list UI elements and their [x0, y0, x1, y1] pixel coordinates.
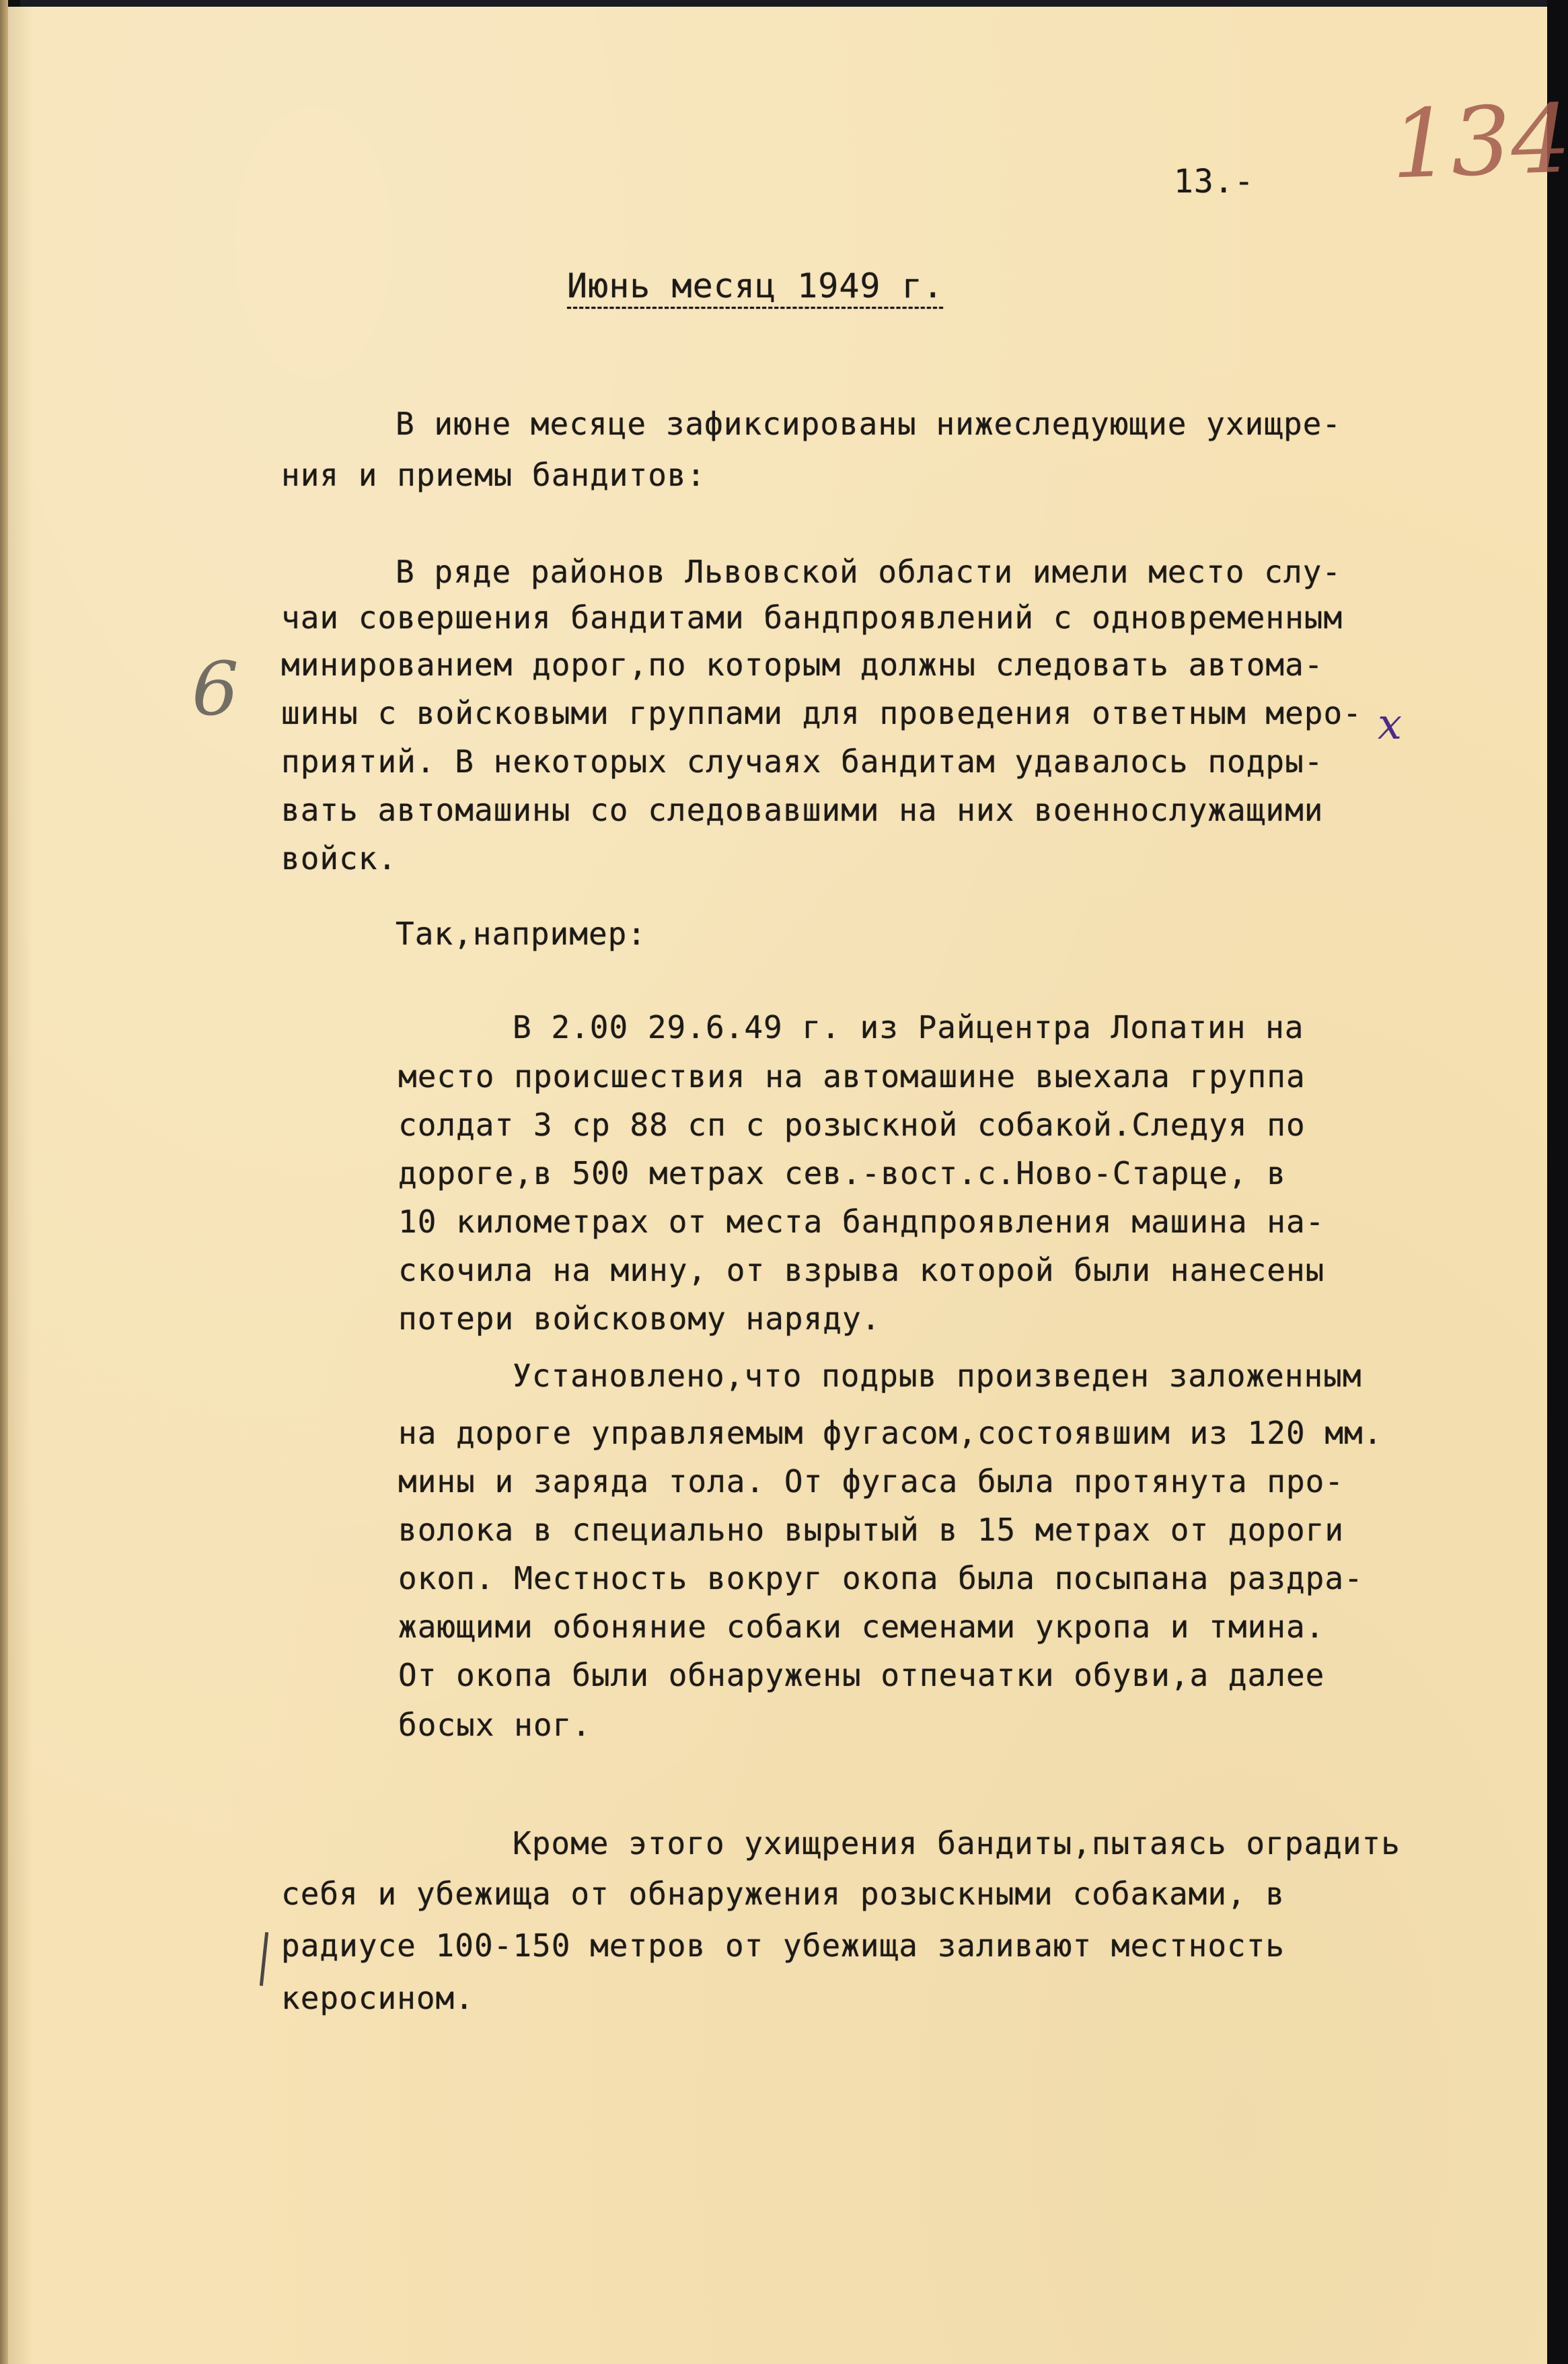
handwritten-correction-mark: х: [1378, 700, 1402, 749]
text-line: себя и убежища от обнаружения розыскными…: [281, 1874, 1285, 1914]
archive-folio-number: 134: [1389, 84, 1568, 200]
text-line: Кроме этого ухищрения бандиты,пытаясь ог…: [513, 1823, 1401, 1863]
text-line: дороге,в 500 метрах сев.-вост.с.Ново-Ста…: [398, 1153, 1286, 1193]
text-line: вать автомашины со следовавшими на них в…: [281, 790, 1324, 830]
text-line: В 2.00 29.6.49 г. из Райцентра Лопатин н…: [513, 1007, 1304, 1047]
scanner-top-border: [20, 0, 1547, 7]
margin-note-handwritten-6: 6: [192, 646, 239, 732]
text-line: шины с войсковыми группами для проведени…: [281, 693, 1362, 733]
page-left-edge-shadow: [0, 0, 8, 2364]
text-line: минированием дорог,по которым должны сле…: [281, 644, 1324, 685]
text-line: место происшествия на автомашине выехала…: [398, 1056, 1306, 1097]
page-heading: Июнь месяц 1949 г.: [567, 266, 944, 306]
text-line: жающими обоняние собаки семенами укропа …: [398, 1606, 1324, 1647]
text-line: волока в специально вырытый в 15 метрах …: [398, 1510, 1344, 1550]
text-line: чаи совершения бандитами бандпроявлений …: [281, 597, 1343, 638]
text-line: От окопа были обнаружены отпечатки обуви…: [398, 1655, 1324, 1695]
text-line: мины и заряда тола. От фугаса была протя…: [398, 1461, 1344, 1502]
text-line: В июне месяце зафиксированы нижеследующи…: [396, 404, 1341, 444]
text-line: скочила на мину, от взрыва которой были …: [398, 1250, 1324, 1290]
text-line: радиусе 100-150 метров от убежища залива…: [281, 1925, 1285, 1966]
text-line: приятий. В некоторых случаях бандитам уд…: [281, 741, 1324, 782]
text-line: потери войсковому наряду.: [398, 1298, 881, 1339]
text-line: босых ног.: [398, 1705, 591, 1745]
text-line: ния и приемы бандитов:: [281, 455, 706, 495]
text-line: на дороге управляемым фугасом,состоявшим…: [398, 1413, 1382, 1453]
text-line: войск.: [281, 838, 397, 879]
text-line: 10 километрах от места бандпроявления ма…: [398, 1202, 1324, 1242]
text-line: керосином.: [281, 1978, 474, 2018]
page-number: 13.-: [1174, 161, 1255, 202]
text-line: Так,например:: [396, 914, 646, 954]
text-line: окоп. Местность вокруг окопа была посыпа…: [398, 1558, 1364, 1598]
text-line: солдат 3 ср 88 сп с розыскной собакой.Сл…: [398, 1105, 1306, 1145]
text-line: В ряде районов Львовской области имели м…: [396, 552, 1341, 592]
text-line: Установлено,что подрыв произведен заложе…: [513, 1356, 1362, 1396]
